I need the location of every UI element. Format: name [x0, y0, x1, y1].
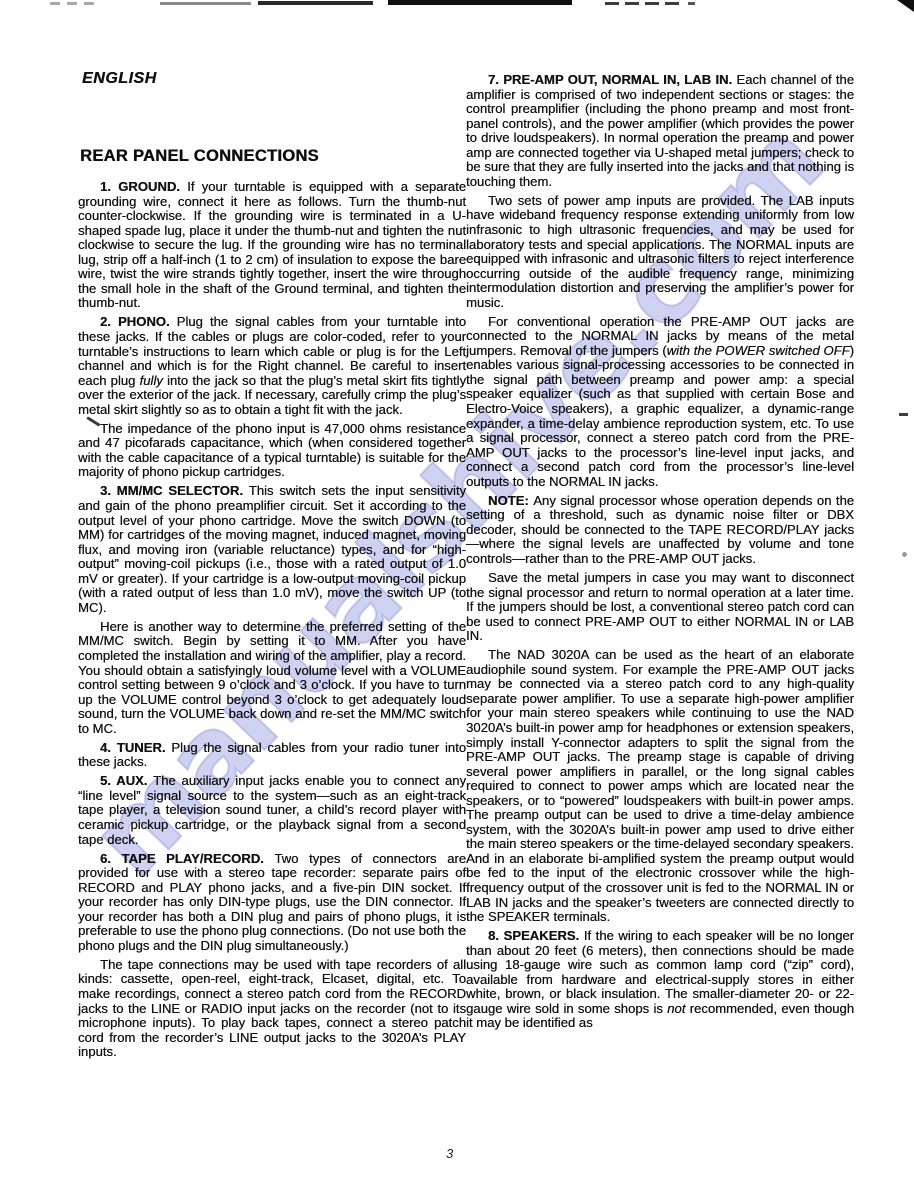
- paragraph: 8. SPEAKERS. If the wiring to each speak…: [466, 929, 854, 1031]
- text-run: Two sets of power amp inputs are provide…: [466, 193, 854, 310]
- scan-artifact: [605, 2, 679, 5]
- paragraph: 3. MM/MC SELECTOR. This switch sets the …: [78, 484, 466, 615]
- paragraph: Save the metal jumpers in case you may w…: [466, 571, 854, 644]
- paragraph-lead: 4. TUNER.: [100, 740, 171, 755]
- scan-artifact: [388, 0, 572, 5]
- scan-artifact: [899, 413, 908, 416]
- scan-artifact: [688, 2, 695, 5]
- scan-artifact: [902, 552, 907, 557]
- text-run: The impedance of the phono input is 47,0…: [78, 421, 466, 480]
- scan-artifact-corner: [897, 0, 914, 12]
- paragraph-lead: 6. TAPE PLAY/RECORD.: [100, 851, 274, 866]
- manual-page: ENGLISH REAR PANEL CONNECTIONS 1. GROUND…: [0, 0, 914, 1190]
- paragraph: The tape connections may be used with ta…: [78, 958, 466, 1060]
- paragraph: 2. PHONO. Plug the signal cables from yo…: [78, 315, 466, 417]
- paragraph: 4. TUNER. Plug the signal cables from yo…: [78, 741, 466, 770]
- paragraph: For conventional operation the PRE-AMP O…: [466, 315, 854, 490]
- text-run: ) enables various signal-processing acce…: [466, 343, 854, 489]
- paragraph: 6. TAPE PLAY/RECORD. Two types of connec…: [78, 852, 466, 954]
- paragraph: 7. PRE-AMP OUT, NORMAL IN, LAB IN. Each …: [466, 73, 854, 189]
- left-column: 1. GROUND. If your turntable is equipped…: [78, 180, 466, 1064]
- paragraph: 1. GROUND. If your turntable is equipped…: [78, 180, 466, 311]
- paragraph: NOTE: Any signal processor whose operati…: [466, 494, 854, 567]
- page-number: 3: [446, 1146, 453, 1161]
- text-run: Two types of connectors are provided for…: [78, 851, 466, 953]
- paragraph-lead: 7. PRE-AMP OUT, NORMAL IN, LAB IN.: [488, 72, 736, 87]
- scan-artifact: [50, 2, 100, 5]
- paragraph: Two sets of power amp inputs are provide…: [466, 194, 854, 310]
- paragraph-lead: 5. AUX.: [100, 773, 153, 788]
- text-run: This switch sets the input sensitivity a…: [78, 483, 466, 614]
- language-header: ENGLISH: [82, 70, 157, 88]
- paragraph: The impedance of the phono input is 47,0…: [78, 422, 466, 480]
- paragraph-lead: 1. GROUND.: [100, 179, 187, 194]
- text-run: The NAD 3020A can be used as the heart o…: [466, 647, 854, 924]
- right-column: 7. PRE-AMP OUT, NORMAL IN, LAB IN. Each …: [466, 73, 854, 1036]
- paragraph: The NAD 3020A can be used as the heart o…: [466, 648, 854, 924]
- paragraph-lead: 3. MM/MC SELECTOR.: [100, 483, 249, 498]
- section-title: REAR PANEL CONNECTIONS: [80, 147, 319, 166]
- paragraph: Here is another way to determine the pre…: [78, 620, 466, 736]
- text-run: Here is another way to determine the pre…: [78, 619, 466, 736]
- text-run: with the POWER switched OFF: [667, 343, 850, 358]
- paragraph-lead: NOTE:: [488, 493, 533, 508]
- scan-artifact: [258, 1, 373, 5]
- text-run: fully: [139, 373, 162, 388]
- text-run: not: [667, 1001, 685, 1016]
- text-run: The tape connections may be used with ta…: [78, 957, 466, 1059]
- text-run: Save the metal jumpers in case you may w…: [466, 570, 854, 643]
- text-run: If your turntable is equipped with a sep…: [78, 179, 466, 310]
- text-run: Each channel of the amplifier is compris…: [466, 72, 854, 189]
- paragraph-lead: 8. SPEAKERS.: [488, 928, 584, 943]
- paragraph-lead: 2. PHONO.: [100, 314, 177, 329]
- paragraph: 5. AUX. The auxiliary input jacks enable…: [78, 774, 466, 847]
- scan-artifact: [160, 2, 251, 5]
